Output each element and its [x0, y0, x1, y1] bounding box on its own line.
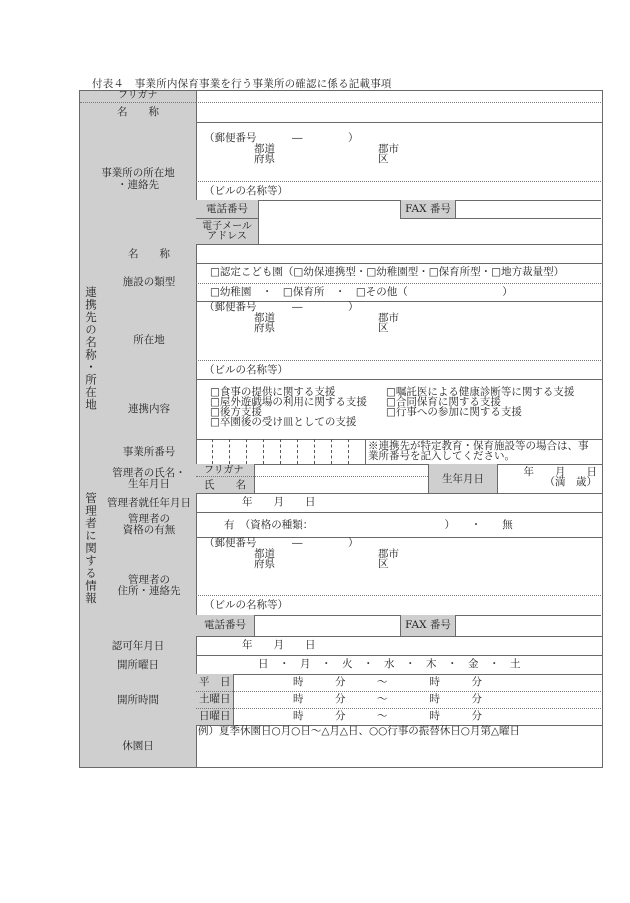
manager-name-label: 管理者の氏名・ — [112, 468, 186, 479]
content-option[interactable]: □卒園後の受け皿としての支援 — [210, 417, 356, 428]
email-label-cell: 電子メール アドレス — [196, 219, 259, 244]
open-days-label-cell: 開所曜日 — [79, 655, 197, 675]
postal-dash: ― — [292, 133, 303, 144]
approval-date-field[interactable]: 年 月 日 — [196, 636, 603, 656]
fax-label-cell: FAX 番号 — [400, 615, 456, 636]
office-name-field[interactable] — [196, 90, 603, 123]
partner-location-label-cell: 所在地 — [102, 301, 197, 380]
dotted-divider — [196, 360, 601, 361]
fax-field[interactable] — [456, 200, 601, 219]
open-hours-field[interactable]: 平 日 土曜日 日曜日 時 分 ～ 時 分 時 分 ～ 時 分 時 分 ～ 時 … — [196, 674, 603, 726]
age-value: （満 歳） — [545, 477, 598, 488]
open-days-field[interactable]: 日 ・ 月 ・ 火 ・ 水 ・ 木 ・ 金 ・ 土 — [196, 655, 603, 675]
approval-date-label-cell: 認可年月日 — [79, 636, 197, 656]
approval-date-label: 認可年月日 — [80, 636, 196, 655]
qualification-label-1: 管理者の — [128, 514, 170, 525]
fax-label-cell: FAX 番号 — [400, 200, 456, 219]
city-label-2: 区 — [378, 323, 389, 334]
office-name-label-cell: フリガナ 名 称 — [79, 90, 197, 123]
closed-days-label-cell: 休園日 — [79, 725, 197, 768]
city-label-2: 区 — [378, 559, 389, 570]
office-number-label-cell: 事業所番号 — [102, 439, 197, 465]
manager-address-field[interactable]: （郵便番号 ― ） 都道 府県 郡市 区 （ビルの名称等） 電話番号 FAX 番… — [196, 537, 603, 637]
sunday-label: 日曜日 — [199, 711, 231, 722]
building-label: （ビルの名称等） — [204, 186, 288, 197]
tel-label-cell: 電話番号 — [196, 615, 255, 636]
tel-field[interactable] — [255, 615, 400, 636]
prefecture-label-2: 府県 — [254, 323, 275, 334]
prefecture-label-2: 府県 — [254, 559, 275, 570]
manager-start-date-field[interactable]: 年 月 日 — [196, 493, 603, 513]
fax-label: FAX 番号 — [401, 200, 455, 217]
dotted-divider — [80, 102, 196, 103]
manager-qualification-field[interactable]: 有 （資格の種類： ） ・ 無 — [196, 512, 603, 538]
manager-start-date-label-cell: 管理者就任年月日 — [102, 493, 197, 513]
partner-content-label: 連携内容 — [102, 379, 196, 439]
manager-start-date-label: 管理者就任年月日 — [102, 493, 196, 512]
partner-group-label-cell: 連携先の名称・所在地 — [79, 244, 103, 465]
dotted-divider — [196, 708, 233, 709]
postal-close: ） — [348, 133, 359, 144]
fax-field[interactable] — [456, 615, 601, 636]
name-label: 氏 名 — [204, 480, 246, 491]
office-number-field[interactable]: ※連携先が特定教育・保育施設等の場合は、事 業所番号を記入してください。 — [196, 439, 603, 465]
partner-group-label: 連携先の名称・所在地 — [83, 286, 99, 436]
content-option[interactable]: □行事への参加に関する支援 — [386, 407, 522, 418]
postal-label: （郵便番号 — [204, 302, 257, 313]
dotted-divider — [196, 102, 601, 103]
saturday-label: 土曜日 — [199, 694, 231, 705]
weekday-label: 平 日 — [199, 677, 231, 688]
furigana-label: フリガナ — [118, 90, 158, 101]
partner-name-label: 名 称 — [102, 244, 196, 263]
tel-field[interactable] — [259, 200, 400, 219]
postal-label: （郵便番号 — [204, 538, 257, 549]
manager-dob-label: 生年月日 — [128, 479, 170, 490]
open-hours-label: 開所時間 — [80, 674, 196, 725]
office-number-digit-boxes[interactable] — [196, 439, 366, 464]
qualification-value[interactable]: 有 （資格の種類： ） ・ 無 — [224, 520, 513, 531]
sunday-hours[interactable]: 時 分 ～ 時 分 — [293, 711, 482, 722]
tel-label: 電話番号 — [196, 200, 258, 217]
open-days-value[interactable]: 日 ・ 月 ・ 火 ・ 水 ・ 木 ・ 金 ・ 土 — [258, 659, 521, 670]
facility-type-label-cell: 施設の類型 — [102, 263, 197, 302]
closed-days-example: 例）夏季休園日○月○日～△月△日、○○行事の振替休日○月第△曜日 — [198, 726, 520, 737]
manager-name-input[interactable] — [255, 464, 428, 493]
open-days-label: 開所曜日 — [80, 655, 196, 674]
prefecture-label-2: 府県 — [254, 154, 275, 165]
postal-dash: ― — [292, 538, 303, 549]
furigana-label: フリガナ — [204, 465, 244, 476]
postal-close: ） — [348, 538, 359, 549]
building-label: （ビルの名称等） — [204, 365, 288, 376]
email-label-2: アドレス — [207, 232, 247, 242]
facility-type-options-2[interactable]: □幼稚園 ・ □保育所 ・ □その他（ ） — [210, 287, 513, 298]
saturday-hours[interactable]: 時 分 ～ 時 分 — [293, 694, 482, 705]
facility-type-label: 施設の類型 — [102, 263, 196, 301]
office-number-note-2: 業所番号を記入してください。 — [368, 451, 515, 462]
dotted-divider — [234, 691, 601, 692]
manager-group-label-cell: 管理者に関する情報 — [79, 464, 103, 637]
closed-days-field[interactable]: 例）夏季休園日○月○日～△月△日、○○行事の振替休日○月第△曜日 — [196, 725, 603, 768]
fax-label: FAX 番号 — [401, 615, 455, 635]
manager-name-dob-field[interactable]: フリガナ 氏 名 生年月日 年 月 日 （満 歳） — [196, 464, 603, 494]
dotted-divider — [196, 181, 601, 182]
weekday-hours[interactable]: 時 分 ～ 時 分 — [293, 677, 482, 688]
partner-name-label-cell: 名 称 — [102, 244, 197, 264]
city-label-2: 区 — [378, 154, 389, 165]
partner-content-field[interactable]: □食事の提供に関する支援 □屋外遊戯場の利用に関する支援 □後方支援 □卒園後の… — [196, 379, 603, 440]
postal-label: （郵便番号 — [204, 133, 257, 144]
building-label: （ビルの名称等） — [204, 600, 288, 611]
document-title: 付表４ 事業所内保育事業を行う事業所の確認に係る記載事項 — [92, 76, 392, 91]
manager-group-label: 管理者に関する情報 — [83, 492, 99, 622]
partner-location-label: 所在地 — [102, 301, 196, 379]
tel-label: 電話番号 — [196, 615, 254, 635]
office-contact-label: ・連絡先 — [117, 179, 159, 191]
manager-address-label-2: 住所・連絡先 — [118, 586, 181, 597]
approval-date-value: 年 月 日 — [242, 640, 316, 651]
manager-address-label-cell: 管理者の 住所・連絡先 — [102, 537, 197, 637]
postal-close: ） — [348, 302, 359, 313]
office-address-field[interactable]: （郵便番号 ― ） 都道 府県 郡市 区 （ビルの名称等） 電話番号 FAX 番… — [196, 122, 603, 245]
facility-type-field[interactable]: □認定こども園（□幼保連携型・□幼稚園型・□保育所型・□地方裁量型） □幼稚園 … — [196, 263, 603, 302]
facility-type-options-1[interactable]: □認定こども園（□幼保連携型・□幼稚園型・□保育所型・□地方裁量型） — [210, 267, 564, 278]
manager-name-dob-label-cell: 管理者の氏名・ 生年月日 — [102, 464, 197, 494]
start-date-value: 年 月 日 — [242, 497, 316, 508]
partner-name-field[interactable] — [196, 244, 603, 264]
office-address-label-cell: 事業所の所在地 ・連絡先 — [79, 122, 197, 245]
postal-dash: ― — [292, 302, 303, 313]
name-label: 名 称 — [117, 107, 159, 118]
tel-label-cell: 電話番号 — [196, 200, 259, 219]
partner-location-field[interactable]: （郵便番号 ― ） 都道 府県 郡市 区 （ビルの名称等） — [196, 301, 603, 380]
manager-furigana-name-label-cell: フリガナ 氏 名 — [196, 464, 255, 493]
manager-dob-label-cell: 生年月日 — [428, 464, 498, 493]
closed-days-label: 休園日 — [80, 725, 196, 767]
office-number-label: 事業所番号 — [102, 439, 196, 464]
office-address-label: 事業所の所在地 — [101, 167, 175, 179]
dotted-divider — [234, 708, 601, 709]
manager-qualification-label-cell: 管理者の 資格の有無 — [102, 512, 197, 538]
qualification-label-2: 資格の有無 — [123, 525, 176, 536]
manager-dob-label: 生年月日 — [429, 464, 497, 493]
email-label-1: 電子メール — [202, 222, 252, 232]
email-field[interactable] — [259, 219, 601, 244]
open-hours-label-cell: 開所時間 — [79, 674, 197, 726]
dotted-divider — [196, 691, 233, 692]
manager-dob-input[interactable]: 年 月 日 （満 歳） — [498, 464, 601, 493]
open-hours-day-labels: 平 日 土曜日 日曜日 — [196, 674, 234, 725]
dotted-divider — [196, 595, 601, 596]
dotted-divider — [196, 283, 601, 284]
partner-content-label-cell: 連携内容 — [102, 379, 197, 440]
